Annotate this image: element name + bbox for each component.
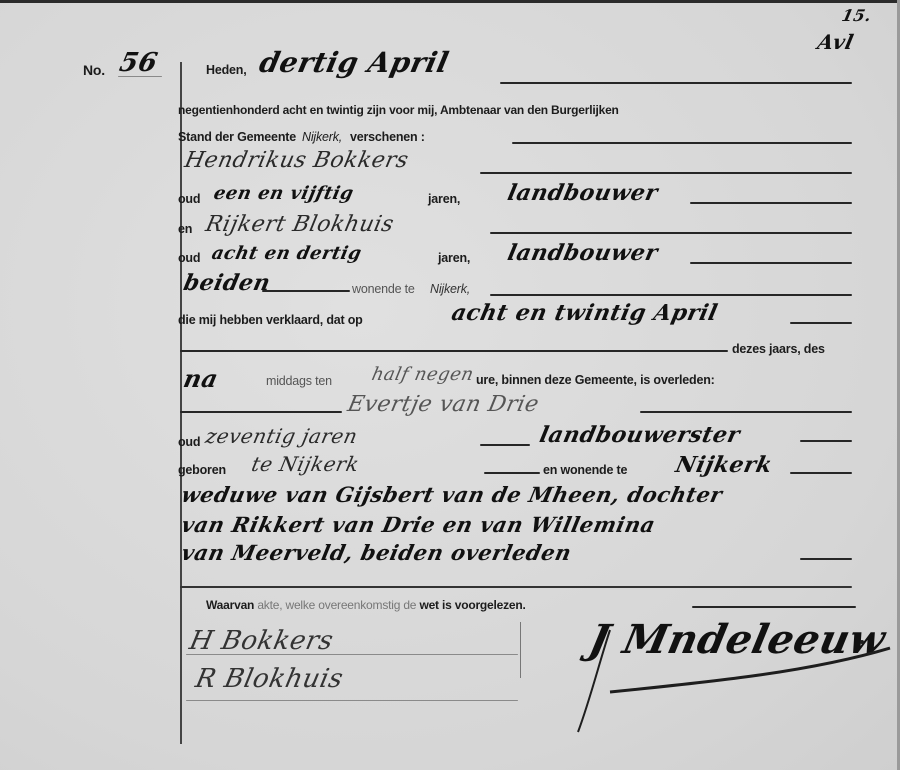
form-rule — [490, 294, 852, 296]
form-rule — [180, 586, 852, 588]
wonende-label: wonende te — [352, 282, 415, 296]
record-number: 56 — [117, 48, 161, 78]
record-number-label: No. — [83, 62, 105, 78]
remark-line-2: van Rikkert van Drie en van Willemina — [179, 512, 657, 537]
form-rule — [512, 142, 852, 144]
ampm-hand: na — [181, 364, 221, 393]
margin-rule — [180, 62, 182, 744]
waarvan-line: Waarvan akte, welke overeenkomstig de we… — [206, 598, 526, 612]
heden-label: Heden, — [206, 63, 246, 77]
form-rule — [800, 558, 852, 560]
deceased-age: zeventig jaren — [203, 424, 359, 448]
signature-line — [186, 700, 518, 701]
ure-label: ure, binnen deze Gemeente, is overleden: — [476, 373, 715, 387]
waarvan-light: akte, welke overeenkomstig de — [257, 598, 416, 612]
form-rule — [640, 411, 852, 413]
form-rule — [690, 202, 852, 204]
waarvan-bold: Waarvan — [206, 598, 254, 612]
record-number-underline — [118, 76, 162, 77]
waarvan-tail: wet is voorgelezen. — [419, 598, 525, 612]
birth-place: te Nijkerk — [249, 452, 361, 476]
oud1-label: oud — [178, 192, 200, 206]
witness1-name: Hendrikus Bokkers — [182, 148, 411, 173]
wonende2-label: en wonende te — [543, 463, 627, 477]
form-rule — [790, 472, 852, 474]
form-rule — [180, 411, 342, 413]
form-rule — [480, 444, 530, 446]
margin-note-number: 15. — [840, 6, 873, 25]
remark-line-3: van Meerveld, beiden overleden — [179, 540, 574, 565]
document-page: 15. Avl No. 56 Heden, dertig April negen… — [0, 0, 900, 770]
signature-line — [186, 654, 518, 655]
deceased-occupation: landbouwerster — [537, 422, 742, 448]
signature-separator — [520, 622, 521, 678]
middags-label: middags ten — [266, 374, 332, 388]
official-signature-flourish — [570, 620, 900, 740]
witness1-age: een en vijftig — [212, 183, 356, 204]
both-hand: beiden — [181, 270, 273, 296]
witness2-name: Rijkert Blokhuis — [203, 212, 396, 237]
stand-prefix: Stand der Gemeente — [178, 130, 296, 144]
form-rule — [484, 472, 540, 474]
form-rule — [180, 350, 728, 352]
remark-line-1: weduwe van Gijsbert van de Mheen, dochte… — [179, 482, 725, 507]
page-top-edge — [0, 0, 900, 3]
year-line: negentienhonderd acht en twintig zijn vo… — [178, 103, 619, 117]
stand-suffix: verschenen : — [350, 130, 425, 144]
deceased-name: Evertje van Drie — [345, 392, 541, 417]
geboren-label: geboren — [178, 463, 226, 477]
wonende-place: Nijkerk, — [430, 282, 470, 296]
verklaard-bold: die mij hebben verklaard, dat op — [178, 313, 363, 327]
dezes-label: dezes jaars, des — [732, 342, 825, 356]
oud2-label: oud — [178, 251, 200, 265]
margin-note-abbr: Avl — [815, 30, 856, 54]
stand-place: Nijkerk, — [302, 130, 342, 144]
heden-date: dertig April — [256, 46, 451, 79]
witness1-occupation: landbouwer — [505, 180, 660, 206]
verklaard-label: die mij hebben verklaard, dat op — [178, 313, 363, 327]
witness2-age: acht en dertig — [210, 243, 364, 264]
residence: Nijkerk — [673, 452, 775, 478]
form-rule — [800, 440, 852, 442]
form-rule — [500, 82, 852, 84]
form-rule — [490, 232, 852, 234]
hour-hand: half negen — [370, 364, 476, 385]
oud3-label: oud — [178, 435, 200, 449]
death-date: acht en twintig April — [449, 300, 720, 326]
en-label: en — [178, 222, 192, 236]
jaren2-label: jaren, — [438, 251, 470, 265]
form-rule — [790, 322, 852, 324]
signature-witness2: R Blokhuis — [193, 664, 346, 694]
form-rule — [262, 290, 350, 292]
form-rule — [690, 262, 852, 264]
form-rule — [692, 606, 856, 608]
form-rule — [480, 172, 852, 174]
signature-witness1: H Bokkers — [187, 626, 336, 656]
jaren1-label: jaren, — [428, 192, 460, 206]
witness2-occupation: landbouwer — [505, 240, 660, 266]
